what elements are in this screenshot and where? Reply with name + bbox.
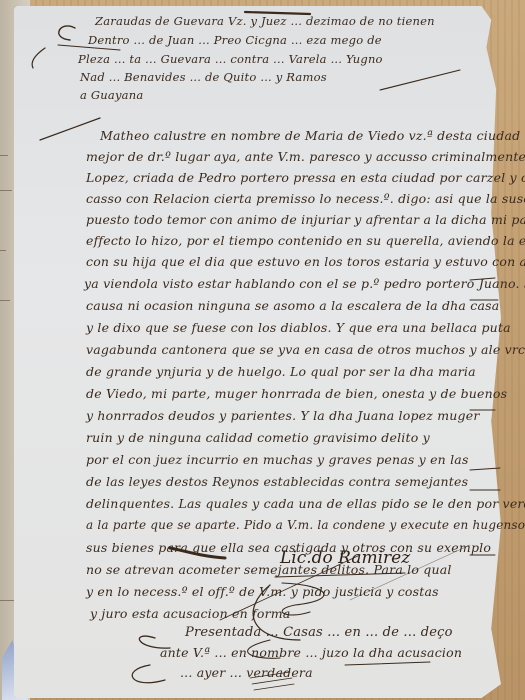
pen-flourishes <box>0 0 525 700</box>
